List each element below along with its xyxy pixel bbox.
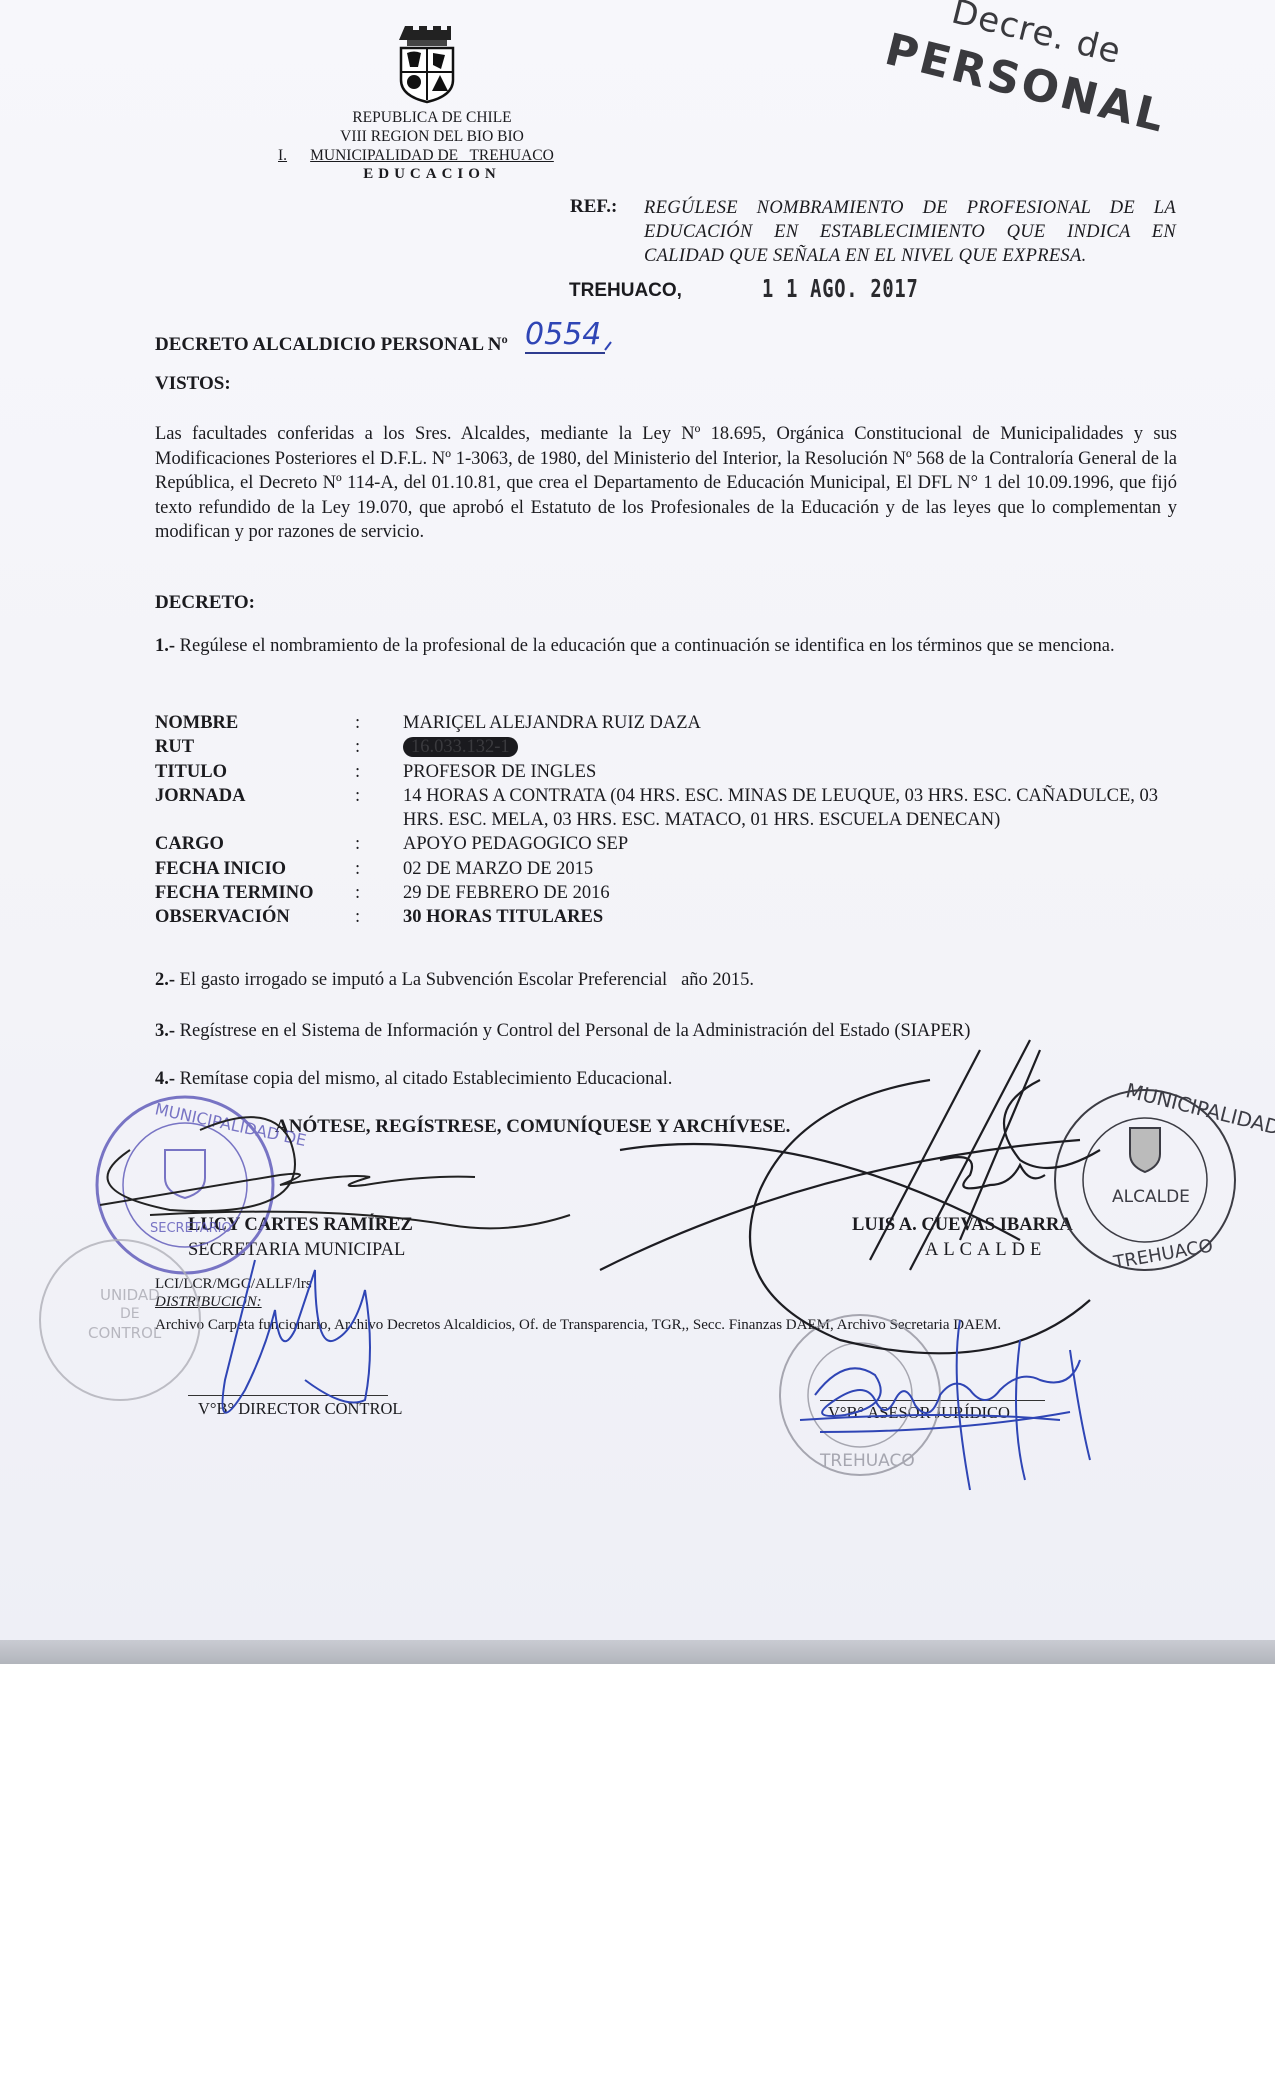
detail-row: CARGO:APOYO PEDAGOGICO SEP	[155, 832, 1185, 856]
control-signature-line	[188, 1395, 388, 1396]
item-number: 4.-	[155, 1069, 175, 1089]
decree-type-stamp: Decre. de PERSONAL	[870, 10, 1150, 150]
typist-initials: LCI/LCR/MGC/ALLF/lrs	[155, 1276, 312, 1293]
detail-row: JORNADA:14 HORAS A CONTRATA (04 HRS. ESC…	[155, 784, 1185, 833]
detail-value: 02 DE MARZO DE 2015	[403, 857, 1185, 881]
detail-label: CARGO	[155, 832, 355, 856]
detail-value: 30 HORAS TITULARES	[403, 905, 1185, 929]
decree-item-1: 1.- Regúlese el nombramiento de la profe…	[155, 634, 1177, 658]
item-number: 3.-	[155, 1021, 175, 1041]
date-stamp: 1 1 AGO. 2017	[762, 274, 919, 303]
decree-item-2: 2.- El gasto irrogado se imputó a La Sub…	[155, 970, 754, 991]
item-text: El gasto irrogado se imputó a La Subvenc…	[175, 970, 754, 990]
municipality-prefix: I.	[278, 146, 287, 165]
detail-label: NOMBRE	[155, 711, 355, 735]
detail-label: JORNADA	[155, 784, 355, 833]
country-line: REPUBLICA DE CHILE	[272, 108, 592, 127]
mayor-name: LUIS A. CUEVAS IBARRA	[852, 1215, 1073, 1236]
decreto-heading: DECRETO:	[155, 592, 255, 614]
detail-value: MARIÇEL ALEJANDRA RUIZ DAZA	[403, 711, 1185, 735]
distribution-list: Archivo Carpeta funcionario, Archivo Dec…	[155, 1317, 1001, 1334]
detail-label: TITULO	[155, 760, 355, 784]
detail-separator: :	[355, 832, 403, 856]
detail-row: NOMBRE:MARIÇEL ALEJANDRA RUIZ DAZA	[155, 711, 1185, 735]
control-approval-label: V°B° DIRECTOR CONTROL	[198, 1399, 403, 1419]
detail-separator: :	[355, 711, 403, 735]
secretary-role: SECRETARIA MUNICIPAL	[188, 1240, 405, 1261]
detail-separator: :	[355, 735, 403, 759]
detail-label: FECHA INICIO	[155, 857, 355, 881]
item-text: Regístrese en el Sistema de Información …	[175, 1021, 970, 1041]
mayor-role: ALCALDE	[925, 1240, 1046, 1261]
detail-separator: :	[355, 760, 403, 784]
detail-value: PROFESOR DE INGLES	[403, 760, 1185, 784]
secretary-name: LUCY CARTES RAMÍREZ	[188, 1215, 413, 1236]
municipality-line: MUNICIPALIDAD DE TREHUACO	[310, 147, 554, 164]
closing-formula: ANÓTESE, REGÍSTRESE, COMUNÍQUESE Y ARCHÍ…	[275, 1116, 790, 1138]
legal-signature-line	[820, 1400, 1045, 1401]
vistos-heading: VISTOS:	[155, 373, 231, 395]
detail-row: TITULO:PROFESOR DE INGLES	[155, 760, 1185, 784]
scan-bottom-edge	[0, 1640, 1275, 1664]
redacted-rut: 16.033.132-1	[403, 737, 518, 757]
detail-row: FECHA TERMINO:29 DE FEBRERO DE 2016	[155, 881, 1185, 905]
detail-value: 14 HORAS A CONTRATA (04 HRS. ESC. MINAS …	[403, 784, 1185, 833]
detail-row: FECHA INICIO:02 DE MARZO DE 2015	[155, 857, 1185, 881]
department-line: EDUCACION	[272, 165, 592, 184]
decree-item-4: 4.- Remítase copia del mismo, al citado …	[155, 1069, 672, 1090]
detail-separator: :	[355, 905, 403, 929]
place-label: TREHUACO,	[569, 280, 682, 302]
decree-title: DECRETO ALCALDICIO PERSONAL Nº	[155, 334, 508, 356]
detail-separator: :	[355, 881, 403, 905]
item-text: Regúlese el nombramiento de la profesion…	[175, 636, 1115, 656]
item-number: 1.-	[155, 636, 175, 656]
detail-row: OBSERVACIÓN:30 HORAS TITULARES	[155, 905, 1185, 929]
distribution-heading: DISTRIBUCION:	[155, 1294, 262, 1311]
detail-separator: :	[355, 784, 403, 833]
detail-label: OBSERVACIÓN	[155, 905, 355, 929]
detail-value: 29 DE FEBRERO DE 2016	[403, 881, 1185, 905]
decree-item-3: 3.- Regístrese en el Sistema de Informac…	[155, 1021, 970, 1042]
item-text: Remítase copia del mismo, al citado Esta…	[175, 1069, 672, 1089]
appointment-details: NOMBRE:MARIÇEL ALEJANDRA RUIZ DAZARUT:16…	[155, 711, 1185, 930]
vistos-paragraph: Las facultades conferidas a los Sres. Al…	[155, 422, 1177, 545]
region-line: VIII REGION DEL BIO BIO	[272, 127, 592, 146]
detail-separator: :	[355, 857, 403, 881]
decree-number-handwritten: 0554	[525, 318, 605, 354]
letterhead: REPUBLICA DE CHILE VIII REGION DEL BIO B…	[272, 108, 592, 184]
municipal-coat-of-arms-icon	[395, 22, 459, 104]
reference-label: REF.:	[570, 196, 617, 218]
legal-approval-label: V°B° ASESOR JURÍDICO	[828, 1403, 1010, 1423]
detail-value: 16.033.132-1	[403, 735, 1185, 759]
item-number: 2.-	[155, 970, 175, 990]
reference-text: REGÚLESE NOMBRAMIENTO DE PROFESIONAL DE …	[644, 196, 1176, 268]
detail-label: RUT	[155, 735, 355, 759]
detail-row: RUT:16.033.132-1	[155, 735, 1185, 759]
detail-value: APOYO PEDAGOGICO SEP	[403, 832, 1185, 856]
detail-label: FECHA TERMINO	[155, 881, 355, 905]
